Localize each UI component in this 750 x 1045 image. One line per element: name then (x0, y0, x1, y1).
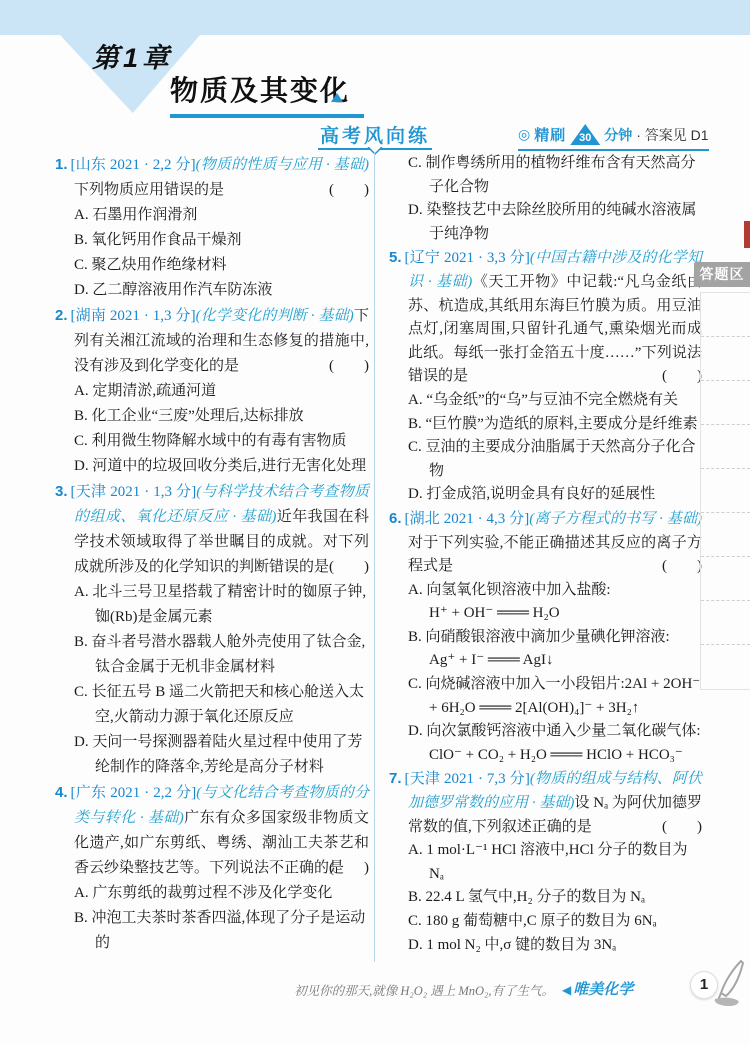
option-a: A. 1 mol·L⁻¹ HCl 溶液中,HCl 分子的数目为 Nₐ (408, 839, 702, 886)
option-a: A. “乌金纸”的“乌”与豆油不完全燃烧有关 (408, 389, 702, 413)
answer-zone-box (700, 292, 750, 690)
answer-line (701, 425, 750, 469)
question-source: [天津 2021 · 1,3 分] (71, 484, 197, 500)
option-c: C. 180 g 葡萄糖中,C 原子的数目为 6Nₐ (408, 910, 702, 934)
question-source: [山东 2021 · 2,2 分] (71, 157, 196, 173)
option-b: B. 化工企业“三废”处理后,达标排放 (74, 404, 369, 429)
option-c: C. 制作粤绣所用的植物纤维布含有天然高分子化合物 (408, 152, 702, 199)
answer-line (701, 557, 750, 601)
question-head: 5.[辽宁 2021 · 3,3 分](中国古籍中涉及的化学知识 · 基础)《天… (389, 246, 702, 389)
question-number: 3. (55, 483, 71, 500)
meta-brand: 精刷 (534, 124, 566, 145)
answer-blank: ( ) (681, 555, 702, 579)
option-a: A. 广东剪纸的裁剪过程不涉及化学变化 (74, 881, 369, 906)
footer-brand: ◀唯美化学 (562, 978, 633, 999)
question-4-continued: C. 制作粤绣所用的植物纤维布含有天然高分子化合物 D. 染整技艺中去除丝胶所用… (389, 152, 702, 246)
answer-line (701, 469, 750, 513)
answer-blank: ( ) (348, 354, 369, 379)
header-band (0, 0, 750, 35)
option-d: D. 打金成箔,说明金具有良好的延展性 (408, 483, 702, 507)
option-b: B. 冲泡工夫茶时茶香四溢,体现了分子是运动的 (74, 906, 369, 956)
answer-blank: ( ) (348, 555, 369, 580)
question-head: 4.[广东 2021 · 2,2 分](与文化结合考查物质的分类与转化 · 基础… (55, 780, 369, 881)
option-b: B. “巨竹膜”为造纸的原料,主要成分是纤维素 (408, 413, 702, 437)
question-text: 下列物质应用错误的是 (74, 182, 224, 198)
option-d: D. 1 mol N₂ 中,σ 键的数目为 3Nₐ (408, 934, 702, 958)
question-number: 4. (55, 784, 71, 801)
option-b: B. 氧化钙用作食品干燥剂 (74, 228, 369, 253)
question-number: 6. (389, 510, 405, 527)
question-7: 7.[天津 2021 · 7,3 分](物质的组成与结构、阿伏加德罗常数的应用 … (389, 767, 702, 957)
footer-quote: 初见你的那天,就像 H₂O₂ 遇上 MnO₂,有了生气。 (294, 981, 554, 999)
option-d: D. 染整技艺中去除丝胶所用的纯碱水溶液属于纯净物 (408, 199, 702, 246)
answer-line (701, 293, 750, 337)
footer-brand-text: 唯美化学 (573, 981, 633, 998)
question-head: 3.[天津 2021 · 1,3 分](与科学技术结合考查物质的组成、氧化还原反… (55, 479, 369, 580)
option-c: C. 向烧碱溶液中加入一小段铝片:2Al + 2OH⁻ + 6H₂O ═══ 2… (408, 673, 702, 720)
option-c: C. 利用微生物降解水域中的有毒有害物质 (74, 429, 369, 454)
title-arrow-icon (331, 93, 343, 102)
workbook-page: 第1章 物质及其变化 高考风向练 ◎ 精刷 30 分钟 · 答案见 D1 1.[… (0, 0, 750, 1045)
meta-answers-ref: · 答案见 D1 (636, 125, 708, 145)
question-head: 6.[湖北 2021 · 4,3 分](离子方程式的书写 · 基础)对于下列实验… (389, 507, 702, 579)
option-b: B. 向硝酸银溶液中滴加少量碘化钾溶液: Ag⁺ + I⁻ ═══ AgI↓ (408, 626, 702, 673)
answer-blank: ( ) (681, 816, 702, 840)
option-c: C. 长征五号 B 遥二火箭把天和核心舱送入太空,火箭动力源于氧化还原反应 (74, 680, 369, 730)
question-2: 2.[湖南 2021 · 1,3 分](化学变化的判断 · 基础)下列有关湘江流… (55, 303, 369, 479)
question-source: [广东 2021 · 2,2 分] (71, 785, 197, 801)
header-meta: ◎ 精刷 30 分钟 · 答案见 D1 (518, 124, 709, 151)
gear-icon: ◎ (518, 126, 530, 143)
question-6: 6.[湖北 2021 · 4,3 分](离子方程式的书写 · 基础)对于下列实验… (389, 507, 702, 768)
section-title: 高考风向练 (320, 121, 430, 148)
right-column: C. 制作粤绣所用的植物纤维布含有天然高分子化合物 D. 染整技艺中去除丝胶所用… (389, 152, 702, 957)
answer-line (701, 601, 750, 645)
option-a: A. 北斗三号卫星搭载了精密计时的铷原子钟,铷(Rb)是金属元素 (74, 580, 369, 630)
answer-blank: ( ) (348, 178, 369, 203)
option-d: D. 向次氯酸钙溶液中通入少量二氧化碳气体: ClO⁻ + CO₂ + H₂O … (408, 720, 702, 767)
option-d: D. 天问一号探测器着陆火星过程中使用了芳纶制作的降落伞,芳纶是高分子材料 (74, 730, 369, 780)
option-a: A. 定期清淤,疏通河道 (74, 379, 369, 404)
answer-line (701, 381, 750, 425)
question-number: 2. (55, 307, 71, 324)
option-a: A. 石墨用作润滑剂 (74, 203, 369, 228)
meta-minutes-unit: 分钟 (604, 125, 632, 145)
question-number: 5. (389, 249, 405, 266)
answer-blank: ( ) (348, 856, 369, 881)
left-arrow-icon: ◀ (562, 983, 573, 997)
answer-line (701, 337, 750, 381)
question-source: [湖北 2021 · 4,3 分] (405, 511, 530, 527)
option-c: C. 豆油的主要成分油脂属于天然高分子化合物 (408, 436, 702, 483)
question-head: 2.[湖南 2021 · 1,3 分](化学变化的判断 · 基础)下列有关湘江流… (55, 303, 369, 379)
chevron-down-icon (367, 147, 383, 156)
question-text: 《天工开物》中记载:“凡乌金纸由苏、杭造成,其纸用东海巨竹膜为质。用豆油点灯,闭… (408, 274, 702, 384)
option-b: B. 奋斗者号潜水器载人舱外壳使用了钛合金,钛合金属于无机非金属材料 (74, 630, 369, 680)
question-number: 1. (55, 156, 71, 173)
answer-line (701, 513, 750, 557)
edge-tab (744, 221, 750, 248)
option-b: B. 22.4 L 氢气中,H₂ 分子的数目为 Nₐ (408, 886, 702, 910)
question-text: 对于下列实验,不能正确描述其反应的离子方程式是 (408, 535, 702, 575)
question-3: 3.[天津 2021 · 1,3 分](与科学技术结合考查物质的组成、氧化还原反… (55, 479, 369, 780)
question-source: [天津 2021 · 7,3 分] (405, 771, 530, 787)
question-source: [湖南 2021 · 1,3 分] (71, 308, 196, 324)
minutes-triangle-badge: 30 (570, 124, 600, 145)
question-tag: (离子方程式的书写 · 基础) (529, 511, 702, 527)
answer-line (701, 645, 750, 688)
question-head: 7.[天津 2021 · 7,3 分](物质的组成与结构、阿伏加德罗常数的应用 … (389, 767, 702, 839)
answer-blank: ( ) (681, 365, 702, 389)
question-number: 7. (389, 770, 405, 787)
question-source: [辽宁 2021 · 3,3 分] (405, 250, 530, 266)
answer-zone-label: 答题区 (694, 262, 750, 287)
question-1: 1.[山东 2021 · 2,2 分](物质的性质与应用 · 基础)下列物质应用… (55, 152, 369, 303)
quill-icon (707, 959, 750, 1007)
question-head: 1.[山东 2021 · 2,2 分](物质的性质与应用 · 基础)下列物质应用… (55, 152, 369, 203)
option-d: D. 乙二醇溶液用作汽车防冻液 (74, 278, 369, 303)
left-column: 1.[山东 2021 · 2,2 分](物质的性质与应用 · 基础)下列物质应用… (55, 152, 369, 956)
option-d: D. 河道中的垃圾回收分类后,进行无害化处理 (74, 454, 369, 479)
column-divider (374, 152, 375, 962)
question-tag: (物质的性质与应用 · 基础) (196, 157, 369, 173)
question-4: 4.[广东 2021 · 2,2 分](与文化结合考查物质的分类与转化 · 基础… (55, 780, 369, 956)
chapter-label: 第1章 (92, 36, 173, 75)
option-c: C. 聚乙炔用作绝缘材料 (74, 253, 369, 278)
question-tag: (化学变化的判断 · 基础) (196, 308, 354, 324)
question-5: 5.[辽宁 2021 · 3,3 分](中国古籍中涉及的化学知识 · 基础)《天… (389, 246, 702, 507)
option-a: A. 向氢氧化钡溶液中加入盐酸: H⁺ + OH⁻ ═══ H₂O (408, 579, 702, 626)
